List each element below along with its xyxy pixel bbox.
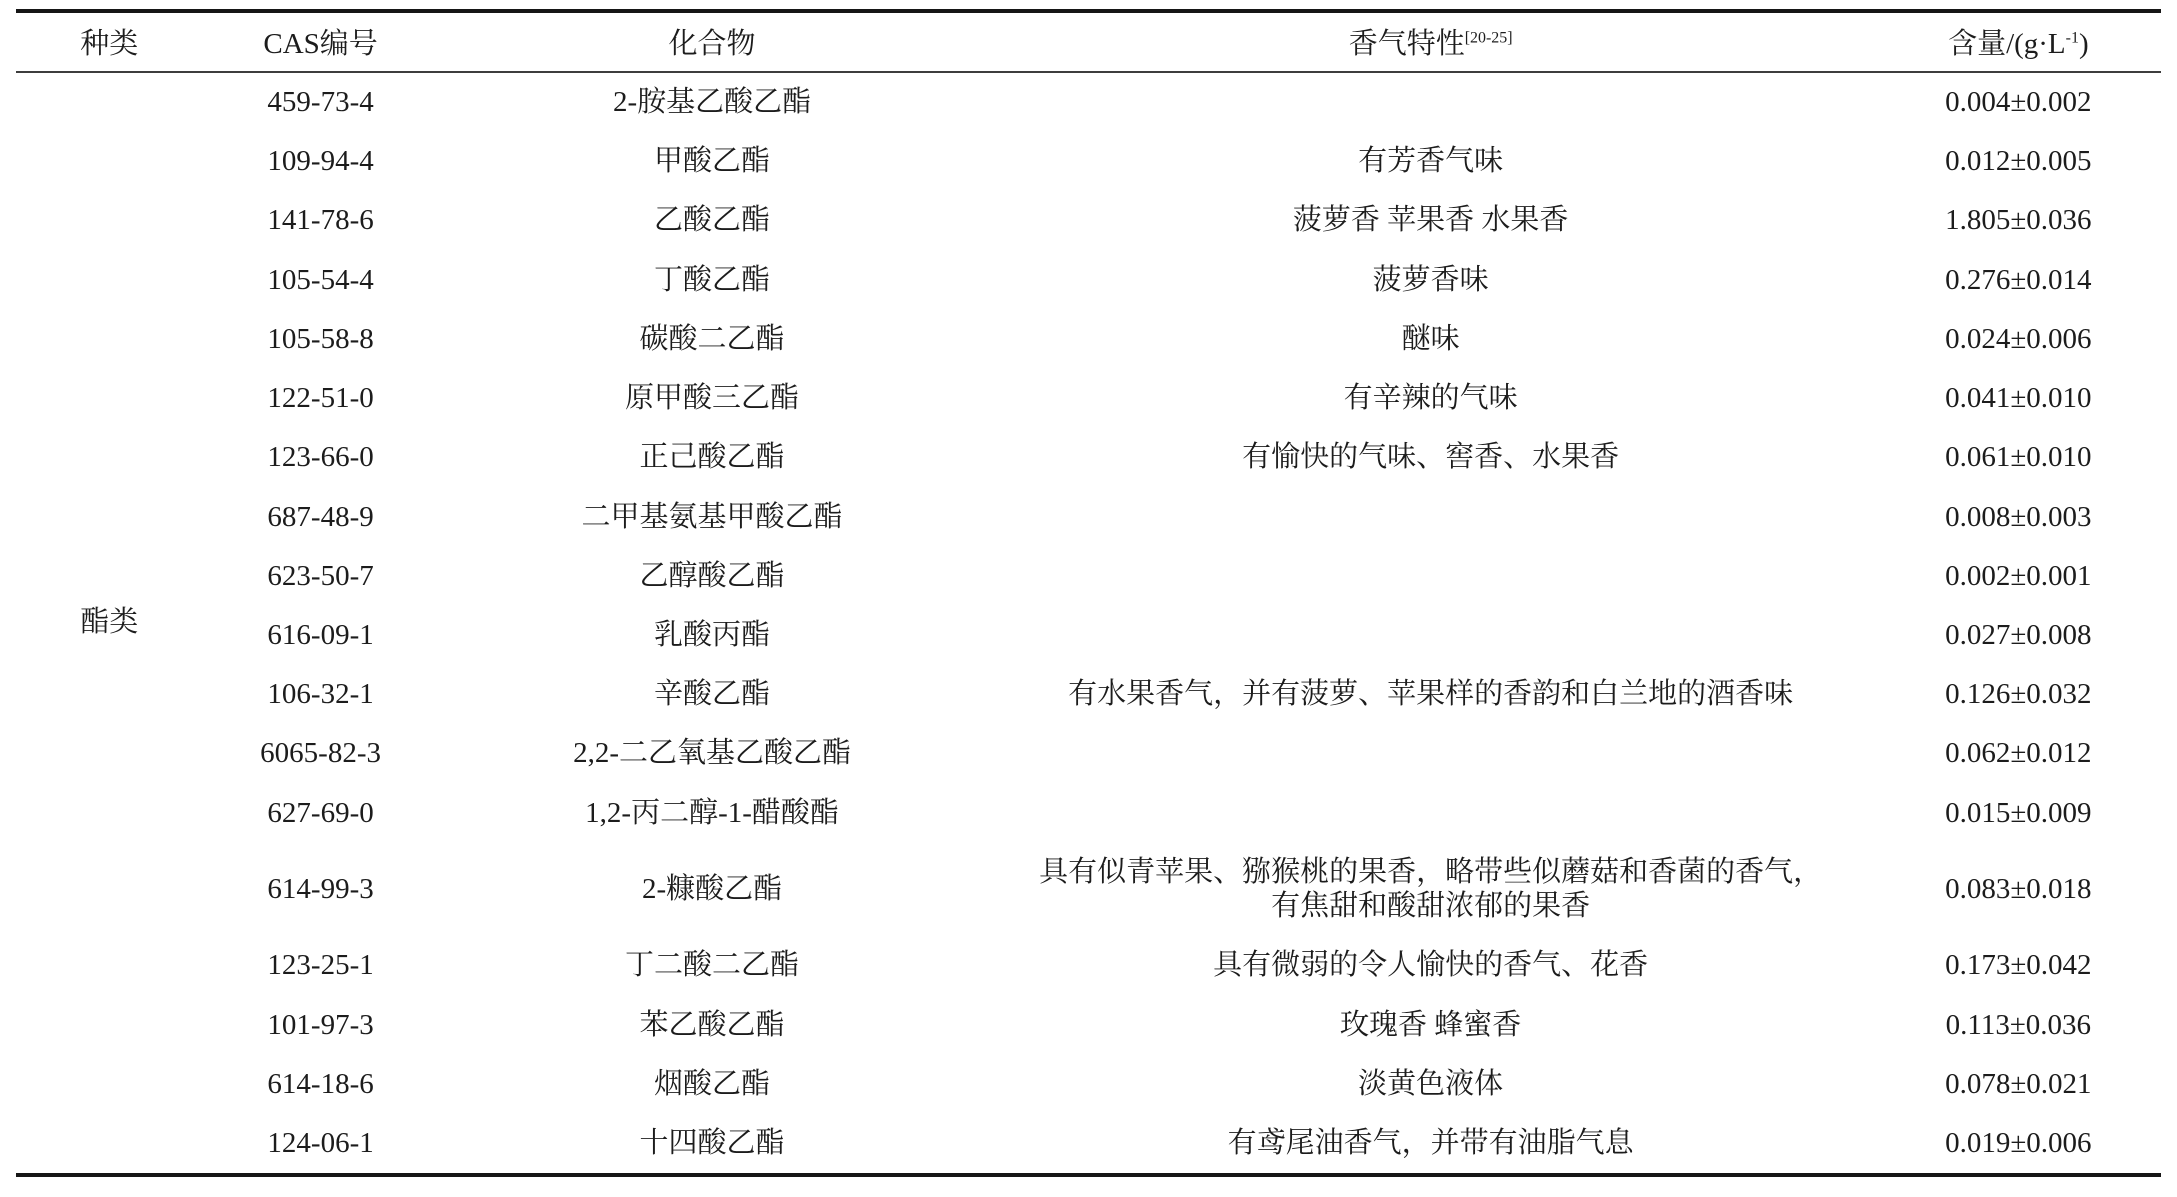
header-category-label: 种类: [80, 28, 138, 60]
header-compound: 化合物: [439, 11, 986, 72]
content-cell: 0.041±0.010: [1876, 369, 2161, 428]
content-cell: 0.061±0.010: [1876, 428, 2161, 487]
cas-cell: 123-25-1: [203, 936, 439, 995]
compound-cell: 辛酸乙酯: [439, 665, 986, 724]
table-row: 614-99-32-糠酸乙酯具有似青苹果、猕猴桃的果香，略带些似蘑菇和香菌的香气…: [16, 843, 2161, 936]
header-content-label: 含量/(g·L: [1948, 28, 2066, 60]
table-row: 627-69-01,2-丙二醇-1-醋酸酯0.015±0.009: [16, 784, 2161, 843]
table-body: 酯类459-73-42-胺基乙酸乙酯0.004±0.002109-94-4甲酸乙…: [16, 72, 2161, 1175]
compound-cell: 丁酸乙酯: [439, 251, 986, 310]
content-cell: 0.019±0.006: [1876, 1114, 2161, 1175]
cas-cell: 122-51-0: [203, 369, 439, 428]
aroma-cell: 醚味: [986, 310, 1876, 369]
cas-cell: 6065-82-3: [203, 724, 439, 783]
aroma-cell: 有水果香气，并有菠萝、苹果样的香韵和白兰地的酒香味: [986, 665, 1876, 724]
table-row: 124-06-1十四酸乙酯有鸢尾油香气，并带有油脂气息0.019±0.006: [16, 1114, 2161, 1175]
content-cell: 1.805±0.036: [1876, 191, 2161, 250]
table-row: 122-51-0原甲酸三乙酯有辛辣的气味0.041±0.010: [16, 369, 2161, 428]
content-cell: 0.083±0.018: [1876, 843, 2161, 936]
cas-cell: 105-58-8: [203, 310, 439, 369]
table-row: 101-97-3苯乙酸乙酯玫瑰香 蜂蜜香0.113±0.036: [16, 996, 2161, 1055]
table-row: 酯类459-73-42-胺基乙酸乙酯0.004±0.002: [16, 72, 2161, 132]
cas-cell: 106-32-1: [203, 665, 439, 724]
content-cell: 0.008±0.003: [1876, 488, 2161, 547]
cas-cell: 101-97-3: [203, 996, 439, 1055]
header-aroma-label: 香气特性: [1349, 28, 1465, 60]
cas-cell: 687-48-9: [203, 488, 439, 547]
aroma-cell: 有辛辣的气味: [986, 369, 1876, 428]
header-cas-label: CAS编号: [263, 28, 377, 60]
compound-cell: 甲酸乙酯: [439, 132, 986, 191]
header-aroma: 香气特性[20-25]: [986, 11, 1876, 72]
content-cell: 0.024±0.006: [1876, 310, 2161, 369]
cas-cell: 616-09-1: [203, 606, 439, 665]
header-content: 含量/(g·L-1): [1876, 11, 2161, 72]
aroma-cell: 有芳香气味: [986, 132, 1876, 191]
cas-cell: 109-94-4: [203, 132, 439, 191]
content-cell: 0.002±0.001: [1876, 547, 2161, 606]
table-row: 6065-82-32,2-二乙氧基乙酸乙酯0.062±0.012: [16, 724, 2161, 783]
aroma-cell: 有愉快的气味、窖香、水果香: [986, 428, 1876, 487]
cas-cell: 614-18-6: [203, 1055, 439, 1114]
cas-cell: 105-54-4: [203, 251, 439, 310]
table-row: 687-48-9二甲基氨基甲酸乙酯0.008±0.003: [16, 488, 2161, 547]
aroma-cell: 具有似青苹果、猕猴桃的果香，略带些似蘑菇和香菌的香气， 有焦甜和酸甜浓郁的果香: [986, 843, 1876, 936]
cas-cell: 123-66-0: [203, 428, 439, 487]
content-cell: 0.126±0.032: [1876, 665, 2161, 724]
compound-cell: 乙酸乙酯: [439, 191, 986, 250]
table-header: 种类 CAS编号 化合物 香气特性[20-25] 含量/(g·L-1): [16, 11, 2161, 72]
cas-cell: 124-06-1: [203, 1114, 439, 1175]
compound-cell: 2-糠酸乙酯: [439, 843, 986, 936]
aroma-cell: [986, 488, 1876, 547]
table-row: 141-78-6乙酸乙酯菠萝香 苹果香 水果香1.805±0.036: [16, 191, 2161, 250]
compound-cell: 丁二酸二乙酯: [439, 936, 986, 995]
header-content-exponent: -1: [2066, 29, 2079, 46]
aroma-cell: 淡黄色液体: [986, 1055, 1876, 1114]
compound-cell: 正己酸乙酯: [439, 428, 986, 487]
paper-page: 种类 CAS编号 化合物 香气特性[20-25] 含量/(g·L-1) 酯类45…: [0, 0, 2177, 1197]
compound-cell: 乳酸丙酯: [439, 606, 986, 665]
aroma-cell: 具有微弱的令人愉快的香气、花香: [986, 936, 1876, 995]
compound-table: 种类 CAS编号 化合物 香气特性[20-25] 含量/(g·L-1) 酯类45…: [16, 9, 2161, 1177]
cas-cell: 141-78-6: [203, 191, 439, 250]
content-cell: 0.173±0.042: [1876, 936, 2161, 995]
header-compound-label: 化合物: [669, 28, 756, 60]
table-row: 106-32-1辛酸乙酯有水果香气，并有菠萝、苹果样的香韵和白兰地的酒香味0.1…: [16, 665, 2161, 724]
table-row: 123-66-0正己酸乙酯有愉快的气味、窖香、水果香0.061±0.010: [16, 428, 2161, 487]
category-cell: 酯类: [16, 72, 203, 1175]
compound-cell: 烟酸乙酯: [439, 1055, 986, 1114]
aroma-cell: 菠萝香味: [986, 251, 1876, 310]
compound-cell: 碳酸二乙酯: [439, 310, 986, 369]
aroma-cell: 菠萝香 苹果香 水果香: [986, 191, 1876, 250]
table-row: 616-09-1乳酸丙酯0.027±0.008: [16, 606, 2161, 665]
content-cell: 0.004±0.002: [1876, 72, 2161, 132]
table-row: 123-25-1丁二酸二乙酯具有微弱的令人愉快的香气、花香0.173±0.042: [16, 936, 2161, 995]
header-row: 种类 CAS编号 化合物 香气特性[20-25] 含量/(g·L-1): [16, 11, 2161, 72]
aroma-cell: [986, 784, 1876, 843]
compound-cell: 原甲酸三乙酯: [439, 369, 986, 428]
table-row: 614-18-6烟酸乙酯淡黄色液体0.078±0.021: [16, 1055, 2161, 1114]
aroma-cell: [986, 606, 1876, 665]
header-aroma-citation: [20-25]: [1465, 29, 1513, 46]
content-cell: 0.027±0.008: [1876, 606, 2161, 665]
content-cell: 0.113±0.036: [1876, 996, 2161, 1055]
content-cell: 0.012±0.005: [1876, 132, 2161, 191]
header-cas: CAS编号: [203, 11, 439, 72]
cas-cell: 614-99-3: [203, 843, 439, 936]
cas-cell: 623-50-7: [203, 547, 439, 606]
compound-cell: 2,2-二乙氧基乙酸乙酯: [439, 724, 986, 783]
aroma-cell: [986, 547, 1876, 606]
header-content-close: ): [2079, 28, 2089, 60]
table-row: 623-50-7乙醇酸乙酯0.002±0.001: [16, 547, 2161, 606]
table-row: 105-58-8碳酸二乙酯醚味0.024±0.006: [16, 310, 2161, 369]
aroma-cell: 有鸢尾油香气，并带有油脂气息: [986, 1114, 1876, 1175]
compound-cell: 乙醇酸乙酯: [439, 547, 986, 606]
aroma-cell: [986, 724, 1876, 783]
compound-cell: 十四酸乙酯: [439, 1114, 986, 1175]
compound-cell: 2-胺基乙酸乙酯: [439, 72, 986, 132]
content-cell: 0.015±0.009: [1876, 784, 2161, 843]
compound-cell: 苯乙酸乙酯: [439, 996, 986, 1055]
content-cell: 0.276±0.014: [1876, 251, 2161, 310]
cas-cell: 627-69-0: [203, 784, 439, 843]
table-row: 105-54-4丁酸乙酯菠萝香味0.276±0.014: [16, 251, 2161, 310]
content-cell: 0.062±0.012: [1876, 724, 2161, 783]
compound-cell: 1,2-丙二醇-1-醋酸酯: [439, 784, 986, 843]
content-cell: 0.078±0.021: [1876, 1055, 2161, 1114]
header-category: 种类: [16, 11, 203, 72]
cas-cell: 459-73-4: [203, 72, 439, 132]
compound-cell: 二甲基氨基甲酸乙酯: [439, 488, 986, 547]
table-row: 109-94-4甲酸乙酯有芳香气味0.012±0.005: [16, 132, 2161, 191]
aroma-cell: [986, 72, 1876, 132]
aroma-cell: 玫瑰香 蜂蜜香: [986, 996, 1876, 1055]
